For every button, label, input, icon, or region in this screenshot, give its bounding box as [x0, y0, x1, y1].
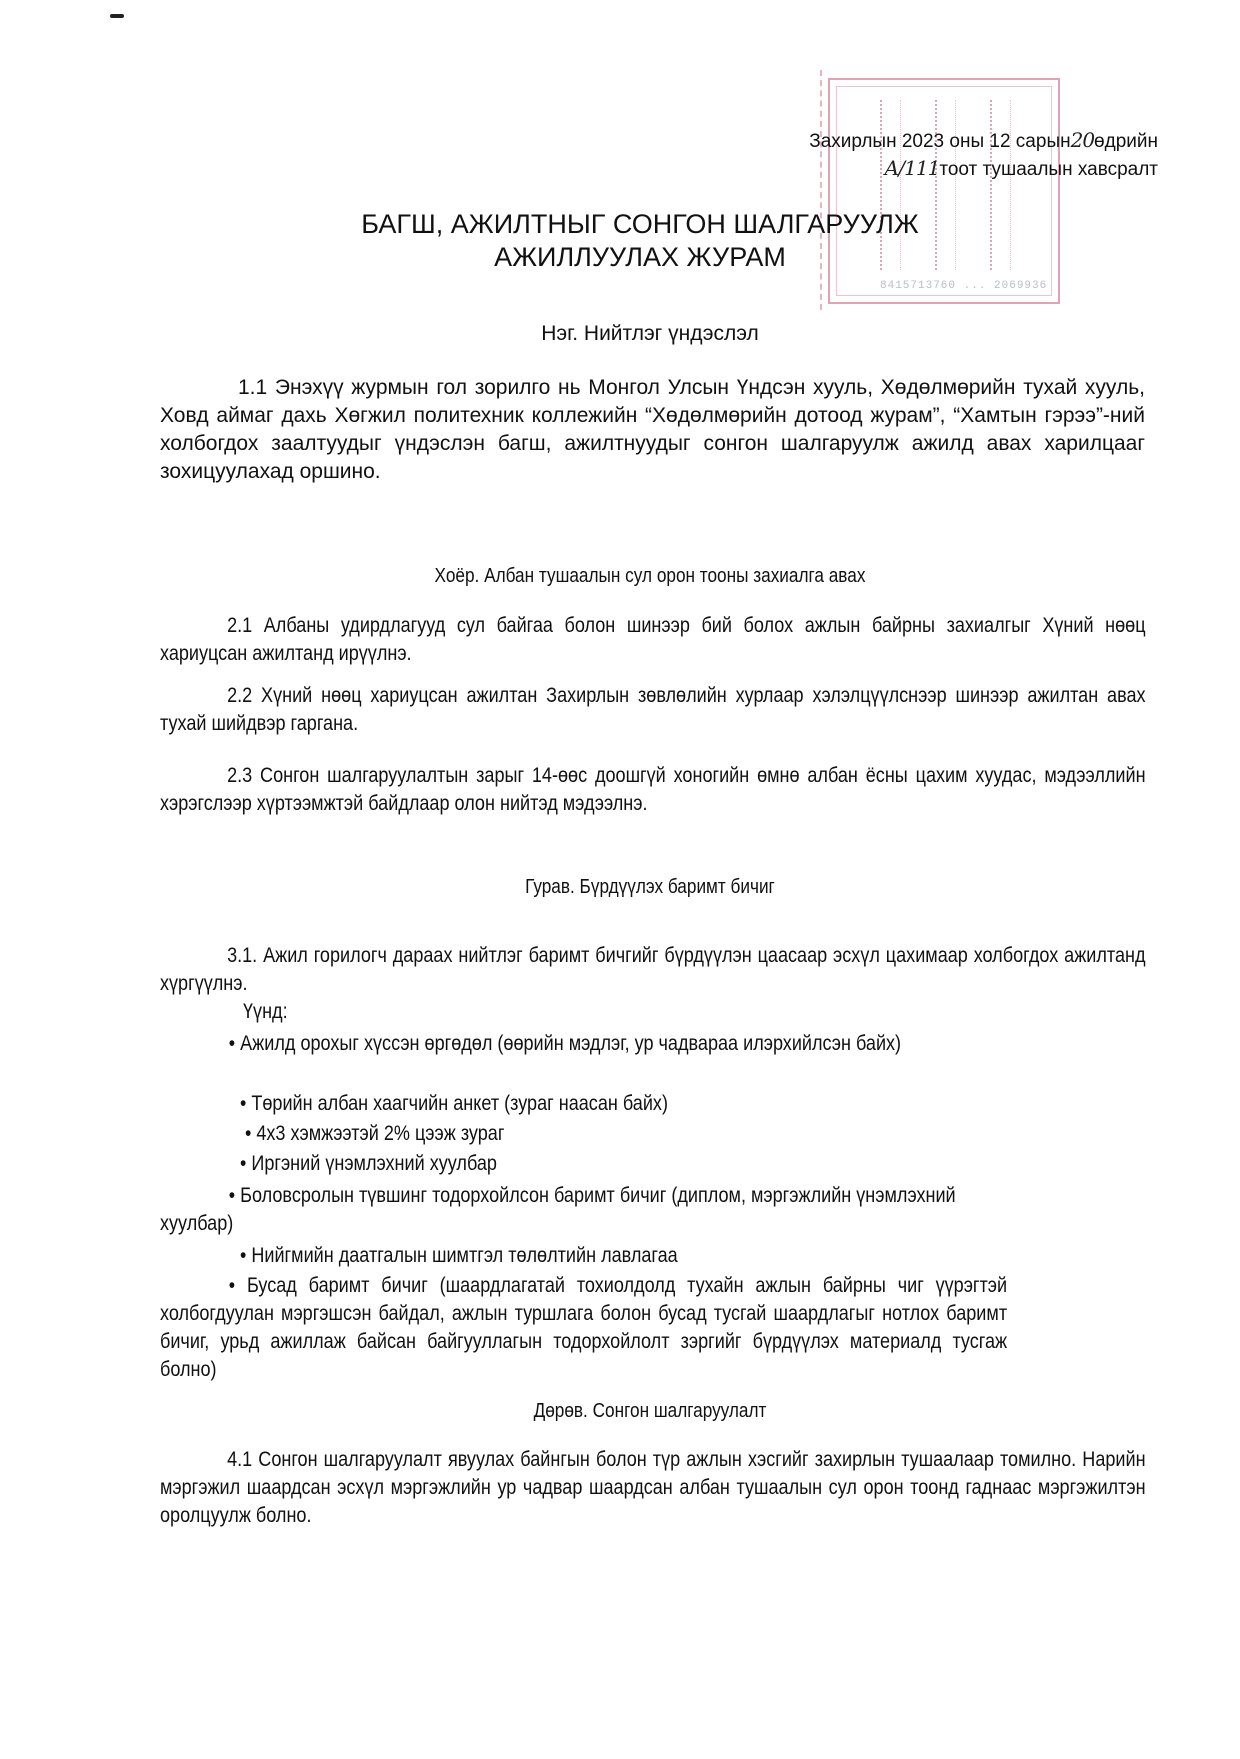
paragraph-2-1: 2.1 Албаны удирдлагууд сул байгаа болон …: [160, 612, 1146, 668]
appendix-order-suffix: тоот тушаалын хавсралт: [939, 159, 1158, 180]
handwritten-day: 20: [1071, 128, 1094, 152]
document-title: БАГШ, АЖИЛТНЫГ СОНГОН ШАЛГАРУУЛЖ АЖИЛЛУУ…: [300, 208, 980, 274]
list-item: • Ажилд орохыг хүссэн өргөдөл (өөрийн мэ…: [160, 1030, 1007, 1058]
paragraph-1-1: 1.1 Энэхүү журмын гол зорилго нь Монгол …: [160, 374, 1145, 486]
appendix-note-line2: А/111тоот тушаалын хавсралт: [884, 156, 1158, 181]
stamp-code: 8415713760 ... 2069936: [880, 280, 1047, 292]
section-heading-4: Дөрөв. Сонгон шалгаруулалт: [229, 1400, 1072, 1423]
paragraph-2-2: 2.2 Хүний нөөц хариуцсан ажилтан Захирлы…: [160, 682, 1146, 738]
title-line-2: АЖИЛЛУУЛАХ ЖУРАМ: [300, 241, 980, 274]
section-heading-3: Гурав. Бүрдүүлэх баримт бичиг: [229, 876, 1072, 899]
appendix-date-suffix: өдрийн: [1094, 131, 1158, 152]
list-item: • Бусад баримт бичиг (шаардлагатай тохио…: [160, 1272, 1007, 1384]
list-item: • Төрийн албан хаагчийн анкет (зураг наа…: [240, 1090, 1087, 1118]
section-heading-1: Нэг. Нийтлэг үндэслэл: [160, 322, 1140, 346]
appendix-date-prefix: Захирлын 2023 оны 12 сарын: [809, 131, 1070, 152]
title-line-1: БАГШ, АЖИЛТНЫГ СОНГОН ШАЛГАРУУЛЖ: [300, 208, 980, 241]
handwritten-order-number: А/111: [884, 156, 939, 180]
paragraph-4-1: 4.1 Сонгон шалгаруулалт явуулах байнгын …: [160, 1446, 1146, 1530]
paragraph-3-1: 3.1. Ажил горилогч дараах нийтлэг баримт…: [160, 942, 1146, 998]
section-heading-2: Хоёр. Албан тушаалын сул орон тооны захи…: [229, 565, 1072, 588]
list-item: • Нийгмийн даатгалын шимтгэл төлөлтийн л…: [240, 1242, 1087, 1270]
list-item: • 4х3 хэмжээтэй 2% цээж зураг: [245, 1120, 1092, 1148]
appendix-note-line1: Захирлын 2023 оны 12 сарын20өдрийн: [809, 128, 1158, 153]
list-item: • Боловсролын түвшинг тодорхойлсон барим…: [160, 1182, 1007, 1238]
stamp-script-column: [990, 100, 1011, 270]
list-item: • Иргэний үнэмлэхний хуулбар: [240, 1150, 1087, 1178]
paragraph-2-3: 2.3 Сонгон шалгаруулалтын зарыг 14-өөс д…: [160, 762, 1146, 818]
stamp-border-line: [820, 70, 823, 310]
scan-mark: [110, 14, 124, 18]
list-intro: Үүнд:: [243, 998, 1090, 1026]
